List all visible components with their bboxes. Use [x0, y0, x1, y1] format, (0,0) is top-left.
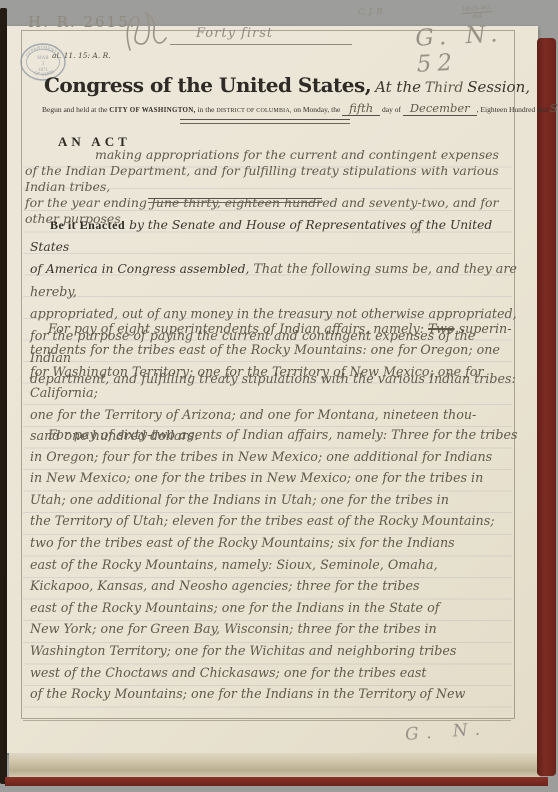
congress-number-handwritten: Forty first: [196, 26, 273, 41]
masthead-session-label: Session,: [467, 78, 530, 96]
superintendents-paragraph-line1: For pay of eight superintendents of Indi…: [30, 318, 518, 340]
stamp-day: 3: [42, 62, 45, 67]
convening-part2: in the: [196, 105, 217, 114]
convening-part1: Begun and held at the: [42, 105, 109, 114]
convening-part3: on Monday, the: [292, 105, 343, 114]
agents-paragraph-lines: For pay of sixty-two agents of Indian af…: [30, 424, 522, 705]
enacting-bold: Be it Enacted: [50, 218, 125, 232]
divider-rule-bottom: [148, 198, 322, 203]
red-book-cover-right: [537, 38, 556, 776]
enacting-line1: Be it Enacted by the Senate and House of…: [30, 215, 518, 258]
masthead: Congress of the United States, At the Th…: [44, 73, 530, 97]
convening-city: CITY OF WASHINGTON,: [109, 106, 195, 114]
session-number-handwritten: Third: [425, 80, 464, 96]
act-title-line1: making appropriations for the current an…: [25, 147, 517, 163]
clerk-initials-annotation: C. J. B.: [358, 7, 385, 17]
day-word-handwritten: fifth: [342, 101, 380, 116]
stamp-month: MAR: [37, 56, 49, 61]
struck-word: Two: [428, 321, 455, 336]
convening-part5: , Eighteen Hundred and: [477, 105, 550, 114]
book-spine-shadow: [0, 8, 7, 784]
enacting-line2: of America in Congress assembled, That t…: [30, 258, 518, 303]
clerk-flourish-initials-icon: [116, 8, 172, 59]
enacting-script-line2: of America in Congress assembled,: [30, 262, 249, 276]
docket-number-annotation: G. N. 52: [415, 18, 558, 77]
document-photo: H. R. 2615. C. J. B. 18523-463. 464 G. N…: [0, 0, 558, 792]
interlinear-insertion-mark: (2): [412, 228, 421, 235]
month-word-handwritten: December: [403, 101, 477, 116]
superintendents-prefix: For pay of eight superintendents of Indi…: [48, 321, 428, 336]
page-edge-stack: [9, 753, 540, 778]
red-book-cover-bottom: [5, 777, 548, 786]
frame-bottom-double-line: [23, 720, 511, 721]
file-number-annotation: 18523-463. 464: [462, 4, 493, 21]
year-word-handwritten: Seventy: [550, 101, 558, 115]
divider-rule-top: [180, 119, 350, 124]
masthead-at-the: At the: [375, 78, 421, 96]
convening-part4: day of: [380, 105, 403, 114]
convening-line: Begun and held at the CITY OF WASHINGTON…: [42, 101, 534, 116]
masthead-title: Congress of the United States,: [44, 73, 371, 97]
superintendents-suffix: superin-: [455, 321, 512, 336]
congress-number-underline: [170, 44, 352, 45]
convening-district: DISTRICT OF COLUMBIA,: [216, 108, 291, 114]
